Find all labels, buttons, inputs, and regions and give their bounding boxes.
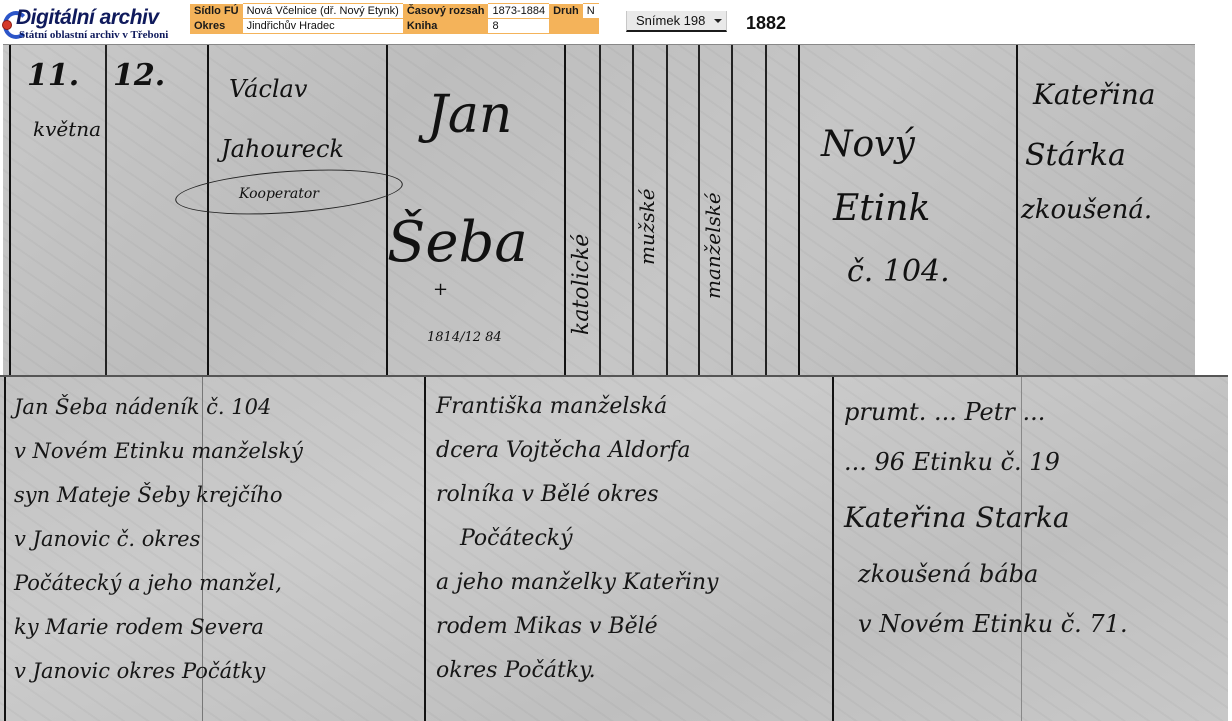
column-rule — [698, 45, 700, 376]
archive-logo[interactable]: Digitální archiv Státní oblastní archiv … — [2, 3, 182, 43]
priest-first-name: Václav — [229, 77, 307, 101]
column-rule — [564, 45, 566, 376]
column-rule — [731, 45, 733, 376]
chevron-down-icon — [714, 19, 722, 23]
midwife-line-1: Kateřina — [1033, 81, 1156, 109]
sidlo-fu-label: Sídlo FÚ — [190, 4, 243, 19]
baptism-day: 12. — [113, 61, 165, 91]
archive-header: Digitální archiv Státní oblastní archiv … — [0, 0, 1232, 44]
mother-line: rolníka v Bělé okres — [436, 473, 718, 517]
column-rule — [9, 45, 11, 376]
death-mark: + — [433, 281, 448, 299]
father-line: Jan Šeba nádeník č. 104 — [14, 385, 303, 429]
midwife-line-2: Stárka — [1025, 141, 1126, 171]
sex: mužské — [637, 188, 657, 265]
column-rule — [424, 377, 426, 721]
place-line-1: Nový — [821, 127, 915, 163]
father-line: Počátecký a jeho manžel, — [14, 561, 303, 605]
father-line: syn Mateje Šeby krejčího — [14, 473, 303, 517]
scan-image-top[interactable]: 11. května 12. Václav Jahoureck Kooperat… — [3, 44, 1195, 376]
okres-value: Jindřichův Hradec — [243, 19, 403, 34]
death-date: 1814/12 84 — [427, 331, 502, 344]
mother-line: rodem Mikas v Bělé — [436, 605, 718, 649]
place-line-3: č. 104. — [847, 257, 950, 287]
casovy-rozsah-label: Časový rozsah — [403, 4, 489, 19]
druh-value: N — [583, 4, 599, 19]
notes-line: prumt. ... Petr ... — [844, 387, 1128, 437]
okres-label: Okres — [190, 19, 243, 34]
druh-label: Druh — [549, 4, 583, 19]
logo-title: Digitální archiv — [16, 6, 159, 30]
column-rule — [4, 377, 6, 721]
mother-line: Počátecký — [436, 517, 718, 561]
frame-select-value: Snímek 198 — [636, 13, 705, 28]
column-rule — [765, 45, 767, 376]
legitimacy: manželské — [703, 192, 723, 299]
mother-line: a jeho manželky Kateřiny — [436, 561, 718, 605]
info-row-2: Okres Jindřichův Hradec Kniha 8 — [190, 19, 599, 34]
column-rule — [599, 45, 601, 376]
column-rule — [832, 377, 834, 721]
place-line-2: Etink — [833, 191, 930, 227]
father-entry: Jan Šeba nádeník č. 104 v Novém Etinku m… — [14, 385, 303, 693]
child-first-name: Jan — [427, 89, 512, 141]
mother-line: Františka manželská — [436, 385, 718, 429]
kniha-value: 8 — [488, 19, 549, 34]
mother-line: dcera Vojtěcha Aldorfa — [436, 429, 718, 473]
frame-select-dropdown[interactable]: Snímek 198 — [626, 11, 727, 32]
info-filler — [549, 19, 599, 34]
sidlo-fu-value: Nová Včelnice (dř. Nový Etynk) — [243, 4, 403, 19]
column-rule — [798, 45, 800, 376]
notes-line: zkoušená bába — [844, 549, 1128, 599]
child-last-name: Šeba — [387, 215, 528, 271]
mother-entry: Františka manželská dcera Vojtěcha Aldor… — [436, 385, 718, 693]
father-line: ky Marie rodem Severa — [14, 605, 303, 649]
notes-entry: prumt. ... Petr ... ... 96 Etinku č. 19 … — [844, 387, 1128, 649]
religion: katolické — [571, 234, 593, 335]
father-line: v Janovic č. okres — [14, 517, 303, 561]
logo-dot-icon — [2, 20, 12, 30]
record-info-table: Sídlo FÚ Nová Včelnice (dř. Nový Etynk) … — [190, 3, 599, 34]
mother-line: okres Počátky. — [436, 649, 718, 693]
casovy-rozsah-value: 1873-1884 — [488, 4, 549, 19]
column-rule — [1016, 45, 1018, 376]
column-rule — [632, 45, 634, 376]
column-rule — [105, 45, 107, 376]
logo-subtitle: Státní oblastní archiv v Třeboni — [19, 29, 168, 41]
birth-month: května — [33, 119, 101, 139]
notes-line: Kateřina Starka — [844, 487, 1128, 549]
scan-image-bottom[interactable]: Jan Šeba nádeník č. 104 v Novém Etinku m… — [0, 375, 1228, 721]
info-row-1: Sídlo FÚ Nová Včelnice (dř. Nový Etynk) … — [190, 4, 599, 19]
notes-line: ... 96 Etinku č. 19 — [844, 437, 1128, 487]
father-line: v Novém Etinku manželský — [14, 429, 303, 473]
birth-day: 11. — [27, 61, 79, 91]
kniha-label: Kniha — [403, 19, 489, 34]
column-rule — [666, 45, 668, 376]
record-year: 1882 — [746, 13, 786, 34]
notes-line: v Novém Etinku č. 71. — [844, 599, 1128, 649]
father-line: v Janovic okres Počátky — [14, 649, 303, 693]
priest-last-name: Jahoureck — [221, 137, 344, 161]
midwife-line-3: zkoušená. — [1021, 197, 1152, 223]
